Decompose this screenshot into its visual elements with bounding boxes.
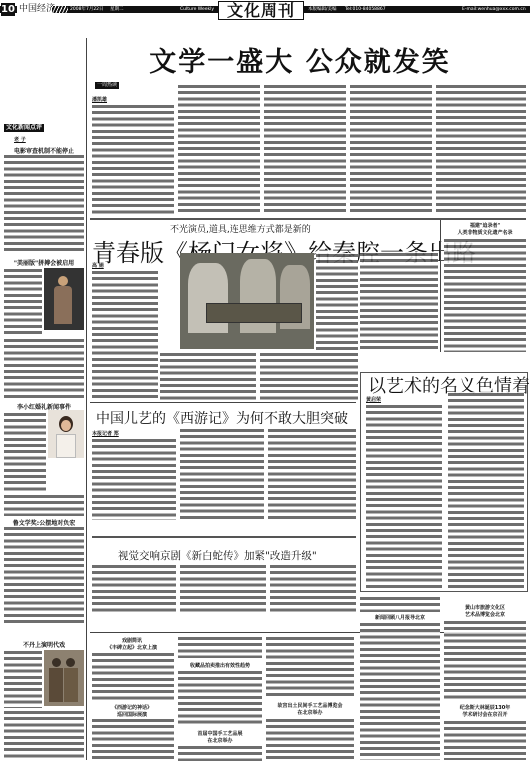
performer-photo: [44, 268, 84, 330]
brief-subtitle: 艺术品博览会北京: [444, 611, 526, 618]
right-box-body: [444, 238, 526, 352]
left-column-divider: [86, 38, 87, 760]
art-column-2: [448, 392, 524, 588]
brief-title: 戏剧简讯: [92, 637, 172, 644]
brief-body: [444, 620, 526, 700]
masthead: 10 中国经济 2008年7月22日 星期二 Culture Weekly 文化…: [0, 3, 530, 16]
brief-title: 《西游记的神话》: [92, 704, 172, 711]
qinqiang-byline: 高 娟: [92, 262, 104, 269]
qinqiang-column-2: [160, 352, 256, 400]
brief-body: [178, 745, 262, 761]
left-item-body: [4, 338, 84, 398]
baishe-column-3: [270, 564, 356, 612]
left-item-body: [4, 650, 42, 708]
left-item-body: [4, 268, 42, 336]
phone-number: Tel:010-84058867: [345, 6, 386, 13]
right-box-divider: [440, 220, 441, 352]
xiyouji-byline: 本报记者 郑: [92, 430, 119, 437]
brief-title: 首届中国手工艺品展: [178, 730, 262, 737]
brief-body: [360, 622, 440, 760]
baishe-column-1: [92, 564, 176, 612]
art-byline: 黄启荣: [366, 396, 381, 403]
brief-subtitle: 《丰碑立起》北京上演: [92, 644, 172, 651]
brief-subtitle: 学术研讨会在京召开: [444, 711, 526, 718]
right-box-title: 人类非物质文化遗产名录: [444, 229, 526, 236]
xiyouji-column-3: [268, 428, 356, 520]
editor-info: 本版编辑/美编: [308, 6, 337, 13]
art-column-1: [366, 404, 442, 588]
brief-body: [266, 636, 354, 696]
left-item-body: [4, 412, 46, 492]
xiyouji-top-rule: [90, 402, 356, 403]
lead-column-2: [178, 84, 260, 214]
opera-stage-photo: [180, 253, 314, 349]
brief-body: [92, 652, 174, 700]
lead-byline: 潘凯雄: [92, 96, 107, 103]
brief-title: 黄山市旅游文化区: [444, 604, 526, 611]
qinqiang-column-3: [316, 253, 358, 353]
baishe-headline: 视觉交响京剧《新白蛇传》加紧"改造升级": [118, 548, 317, 563]
lead-bottom-rule: [90, 218, 526, 220]
section-title: 文化周刊: [218, 1, 304, 20]
brief-body: [92, 718, 174, 760]
lead-column-1: [92, 104, 174, 214]
left-item-body: [4, 710, 84, 760]
lead-headline: 文学一盛大 公众就发笑: [140, 40, 460, 79]
brief-subtitle: 在北京举办: [266, 709, 354, 716]
xiyouji-column-1: [92, 438, 176, 520]
left-item-body: [4, 526, 84, 624]
email-address: E-mail:wenhua@xxx.com.cn: [462, 6, 526, 13]
page-number: 10: [1, 3, 15, 16]
lead-column-5: [436, 84, 526, 214]
brief-title: 新闻回顾八月报导北京: [360, 614, 440, 621]
lead-column-3: [264, 84, 346, 214]
right-box-kicker: 福建"追录者": [444, 222, 526, 229]
left-section-label: 文化新闻点评: [4, 124, 44, 132]
brief-body: [444, 720, 526, 760]
left-item-body: [4, 494, 84, 516]
xiyouji-headline: 中国儿艺的《西游记》为何不敢大胆突破: [96, 408, 348, 428]
left-item-title: "美丽版"拼搏会被启用: [4, 258, 84, 267]
brief-title: 收藏品拍卖推出有效性趋势: [178, 662, 262, 669]
brief-body: [266, 718, 354, 760]
hatch-decoration: [52, 6, 68, 13]
bhutan-drama-photo: [44, 650, 84, 706]
xiyouji-column-2: [180, 428, 264, 520]
left-byline: 老 子: [14, 136, 26, 143]
brief-title: 故宫出土民间手工艺品博览会: [266, 702, 354, 709]
brief-title: 纪念斯大林诞辰130年: [444, 704, 526, 711]
issue-weekday: 星期二: [110, 6, 124, 13]
qinqiang-column-5: [360, 252, 438, 352]
baishe-top-rule: [92, 536, 356, 538]
qinqiang-column-1: [92, 270, 158, 400]
baishe-column-2: [180, 564, 266, 612]
brief-body: [178, 670, 262, 726]
paper-logo: 中国经济: [17, 3, 57, 16]
actress-photo: [48, 410, 84, 458]
brief-subtitle: 在北京举办: [178, 737, 262, 744]
brief-subtitle: 巡回国际展演: [92, 711, 172, 718]
lead-column-4: [350, 84, 432, 214]
lead-kicker: 一周热读: [95, 82, 119, 89]
qinqiang-column-4: [260, 352, 358, 400]
section-english: Culture Weekly: [180, 6, 214, 13]
left-item-title: 不丹上演明代戏: [4, 640, 84, 649]
left-item-body: [4, 154, 84, 254]
brief-body: [360, 596, 440, 612]
issue-date: 2008年7月22日: [70, 6, 104, 13]
brief-body: [178, 636, 262, 658]
